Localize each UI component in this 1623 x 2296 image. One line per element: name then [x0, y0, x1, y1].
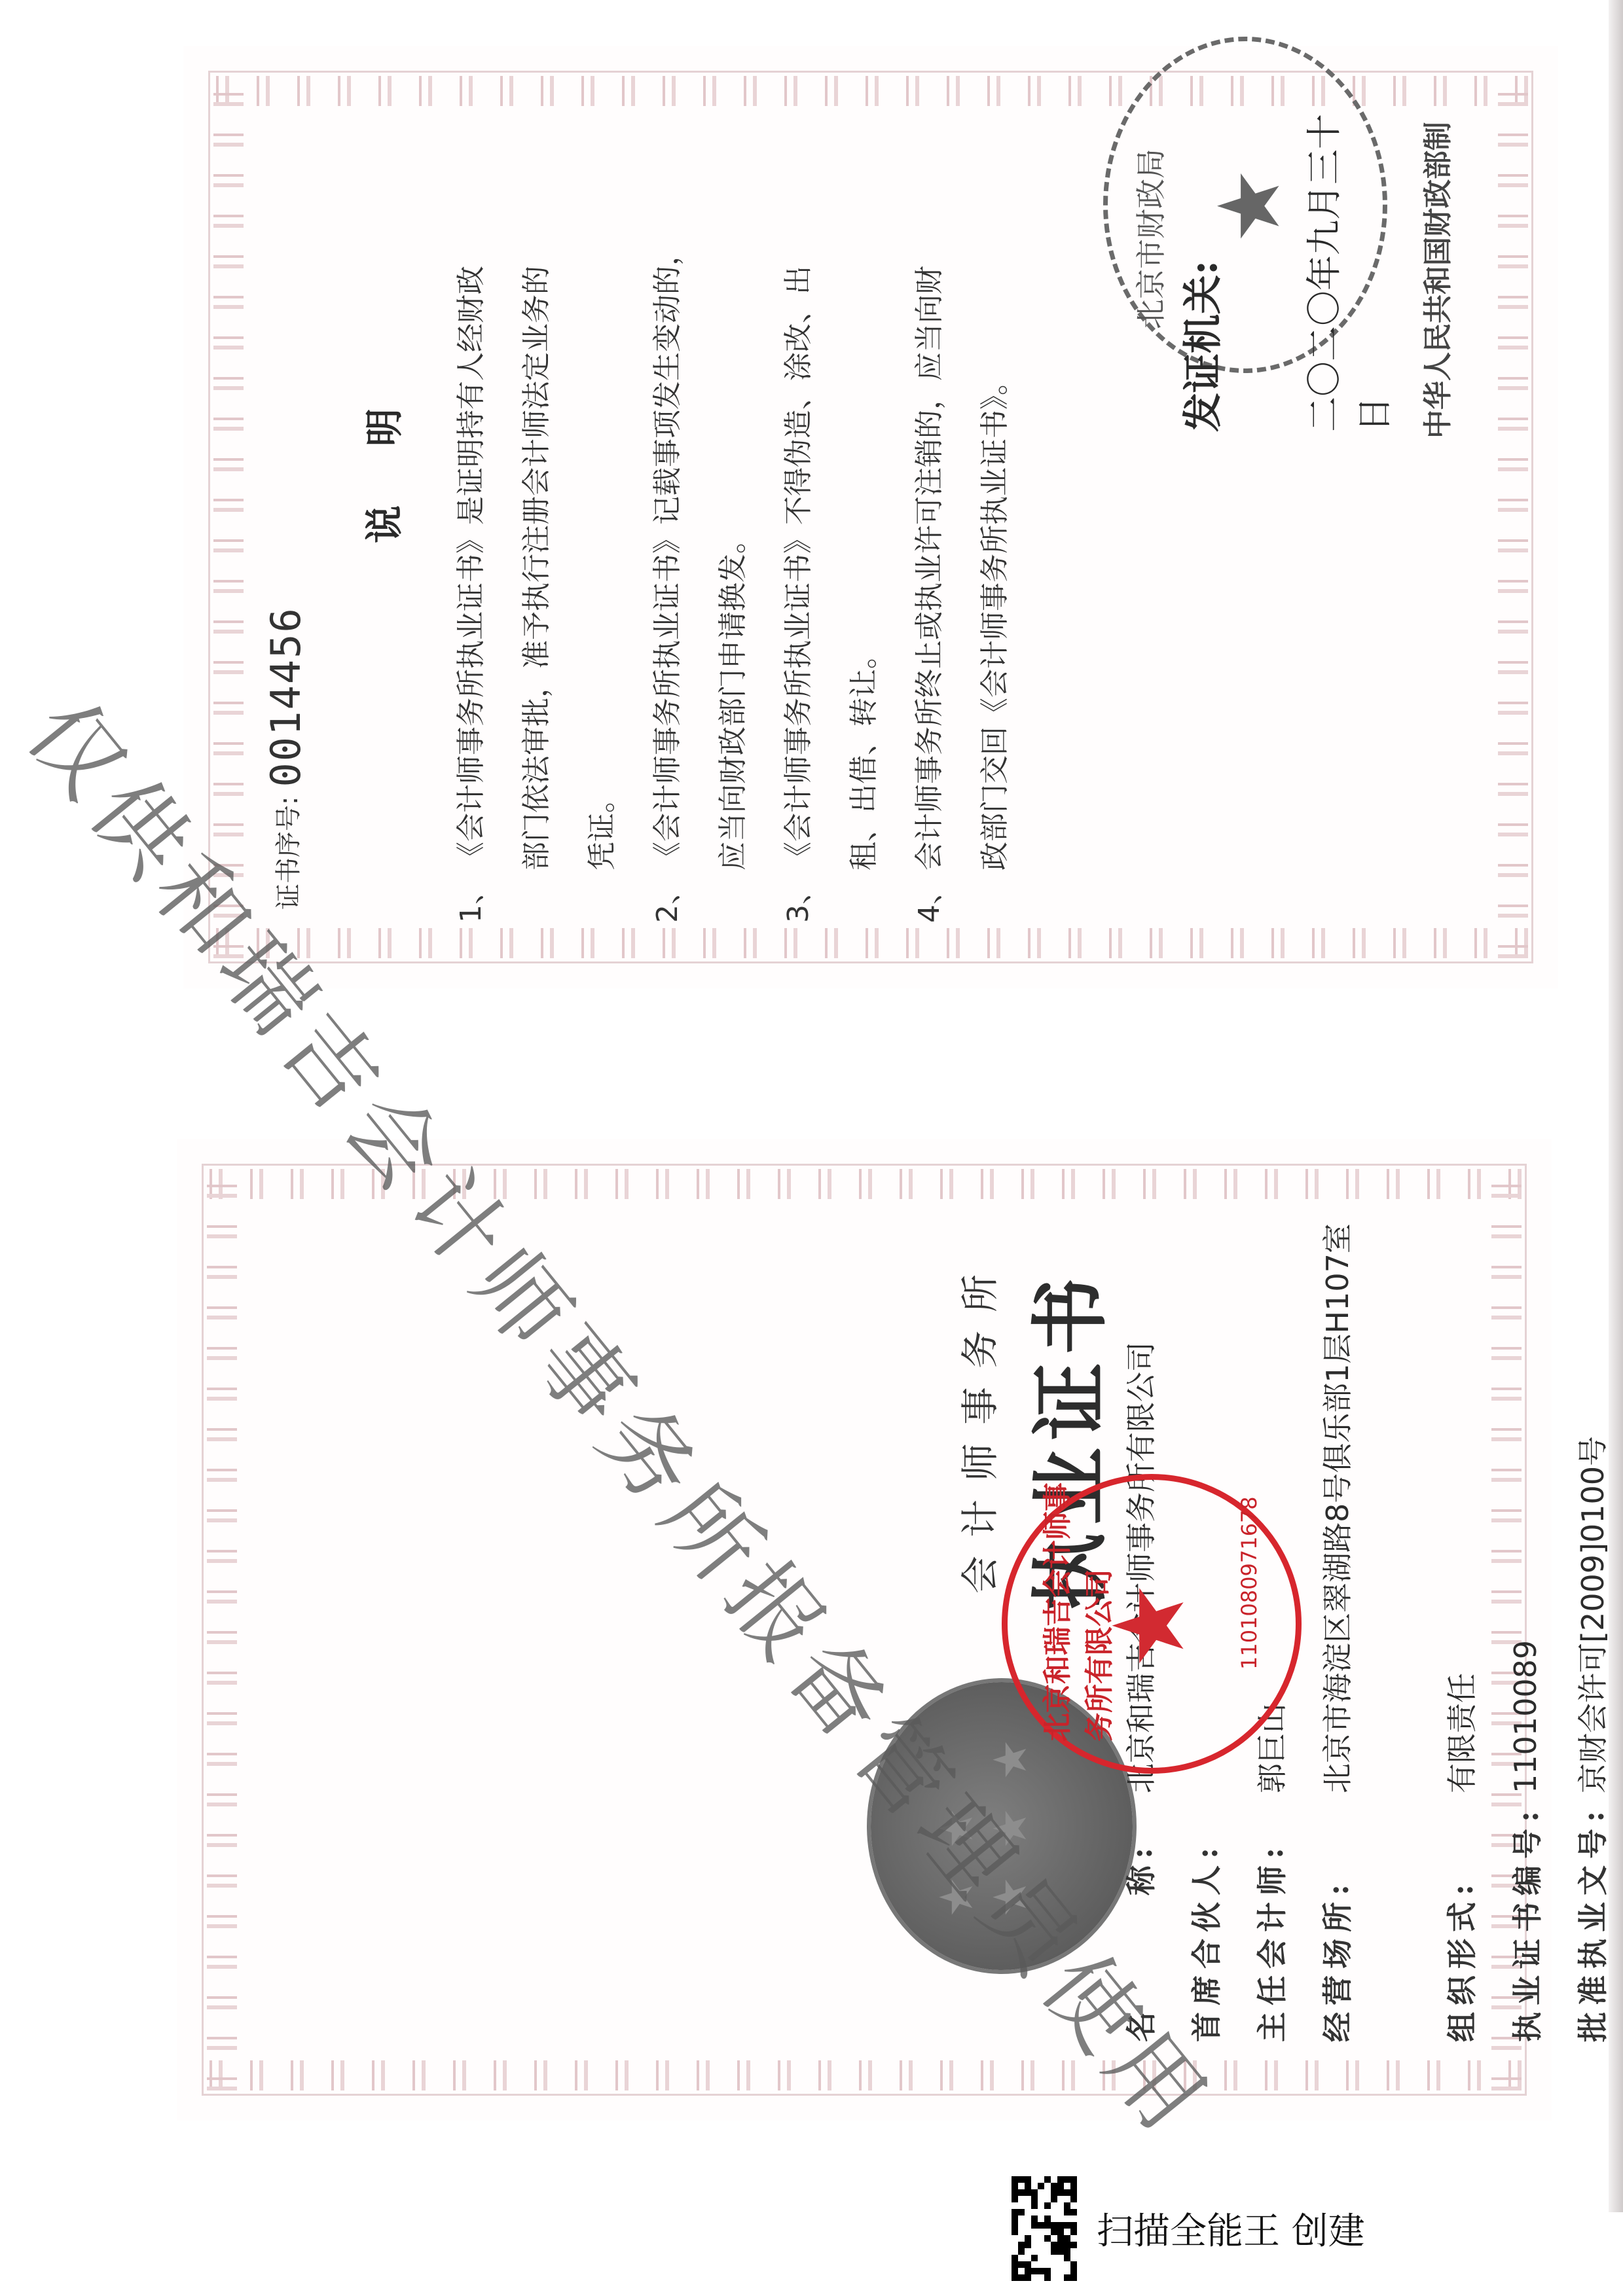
note-line: 3、《会计师事务所执业证书》不得伪造、涂改、出 [766, 98, 831, 923]
note-number: 4、 [897, 870, 962, 923]
note-text: 部门依法审批，准予执行注册会计师法定业务的 [504, 266, 570, 870]
note-number: 1、 [439, 870, 504, 923]
qr-code-icon [1012, 2176, 1077, 2281]
note-number [504, 870, 570, 923]
note-text: 《会计师事务所执业证书》记载事项发生变动的， [635, 237, 701, 870]
notes-title: 说明 [354, 350, 409, 543]
certificate-field: 组织形式:有限责任 [1427, 1126, 1493, 2042]
official-seal-text: 北京市财政局 [1127, 149, 1171, 329]
certificate-field: 执业证书编号:11010089 [1493, 1126, 1558, 2042]
issuer-label: 发证机关: [1172, 260, 1228, 432]
note-text: 租、出借、转让。 [831, 640, 897, 870]
certificate-field: 经营场所:北京市海淀区翠湖路8号俱乐部1层H107室 [1303, 1126, 1368, 2042]
company-seal-code: 1101080971678 [1237, 1496, 1262, 1670]
certificate-subtitle: 会计师事务所 [949, 1256, 1004, 1594]
note-number [570, 870, 635, 923]
field-label: 经营场所: [1314, 1793, 1357, 2042]
serial-value: 0014456 [262, 607, 310, 787]
notes-list: 1、《会计师事务所执业证书》是证明持有人经财政部门依法审批，准予执行注册会计师法… [439, 98, 1028, 923]
field-value: 京财会许可[2009]0100号 [1569, 1436, 1613, 1793]
note-text: 政部门交回《会计师事务所执业证书》。 [962, 367, 1028, 870]
field-label: 批准执业文号: [1569, 1793, 1613, 2042]
note-line: 2、《会计师事务所执业证书》记载事项发生变动的， [635, 98, 701, 923]
certificate-notes-page: 证书序号:0014456 说明 1、《会计师事务所执业证书》是证明持有人经财政部… [183, 46, 1558, 988]
certificate-field: 批准执业文号:京财会许可[2009]0100号 [1558, 1126, 1623, 2042]
note-line: 租、出借、转让。 [831, 98, 897, 923]
field-value: 11010089 [1508, 1640, 1543, 1793]
note-number: 2、 [635, 870, 701, 923]
note-number: 3、 [766, 870, 831, 923]
note-number [831, 870, 897, 923]
issue-date: 二〇二〇年九月三十日 [1296, 85, 1397, 432]
note-text: 应当向财政部门申请换发。 [701, 525, 766, 870]
note-line: 部门依法审批，准予执行注册会计师法定业务的 [504, 98, 570, 923]
note-line: 政部门交回《会计师事务所执业证书》。 [962, 98, 1028, 923]
field-label: 组织形式: [1438, 1793, 1482, 2042]
maker-line: 中华人民共和国财政部制 [1414, 122, 1456, 439]
star-icon: ★ [1199, 168, 1299, 244]
scanner-credit: 扫描全能王 创建 [1012, 2176, 1365, 2281]
note-number [962, 870, 1028, 923]
field-value: 有限责任 [1438, 1673, 1482, 1793]
note-text: 会计师事务所终止或执业许可注销的，应当向财 [897, 266, 962, 870]
note-line: 1、《会计师事务所执业证书》是证明持有人经财政 [439, 98, 504, 923]
field-label: 首席合伙人: [1183, 1793, 1226, 2042]
note-line: 凭证。 [570, 98, 635, 923]
note-number [701, 870, 766, 923]
note-text: 《会计师事务所执业证书》不得伪造、涂改、出 [766, 266, 831, 870]
serial-number: 证书序号:0014456 [262, 607, 310, 910]
note-text: 《会计师事务所执业证书》是证明持有人经财政 [439, 266, 504, 870]
scanner-credit-text: 扫描全能王 创建 [1097, 2202, 1365, 2255]
field-value: 北京市海淀区翠湖路8号俱乐部1层H107室 [1314, 1223, 1357, 1793]
field-label: 主任会计师: [1249, 1793, 1292, 2042]
note-text: 凭证。 [570, 784, 635, 870]
note-line: 应当向财政部门申请换发。 [701, 98, 766, 923]
field-label: 执业证书编号: [1504, 1793, 1547, 2042]
note-line: 4、会计师事务所终止或执业许可注销的，应当向财 [897, 98, 962, 923]
company-seal: 北京和瑞吉会计师事务所有限公司 ★ 1101080971678 [1002, 1474, 1302, 1774]
star-icon: ★ [1093, 1582, 1207, 1670]
